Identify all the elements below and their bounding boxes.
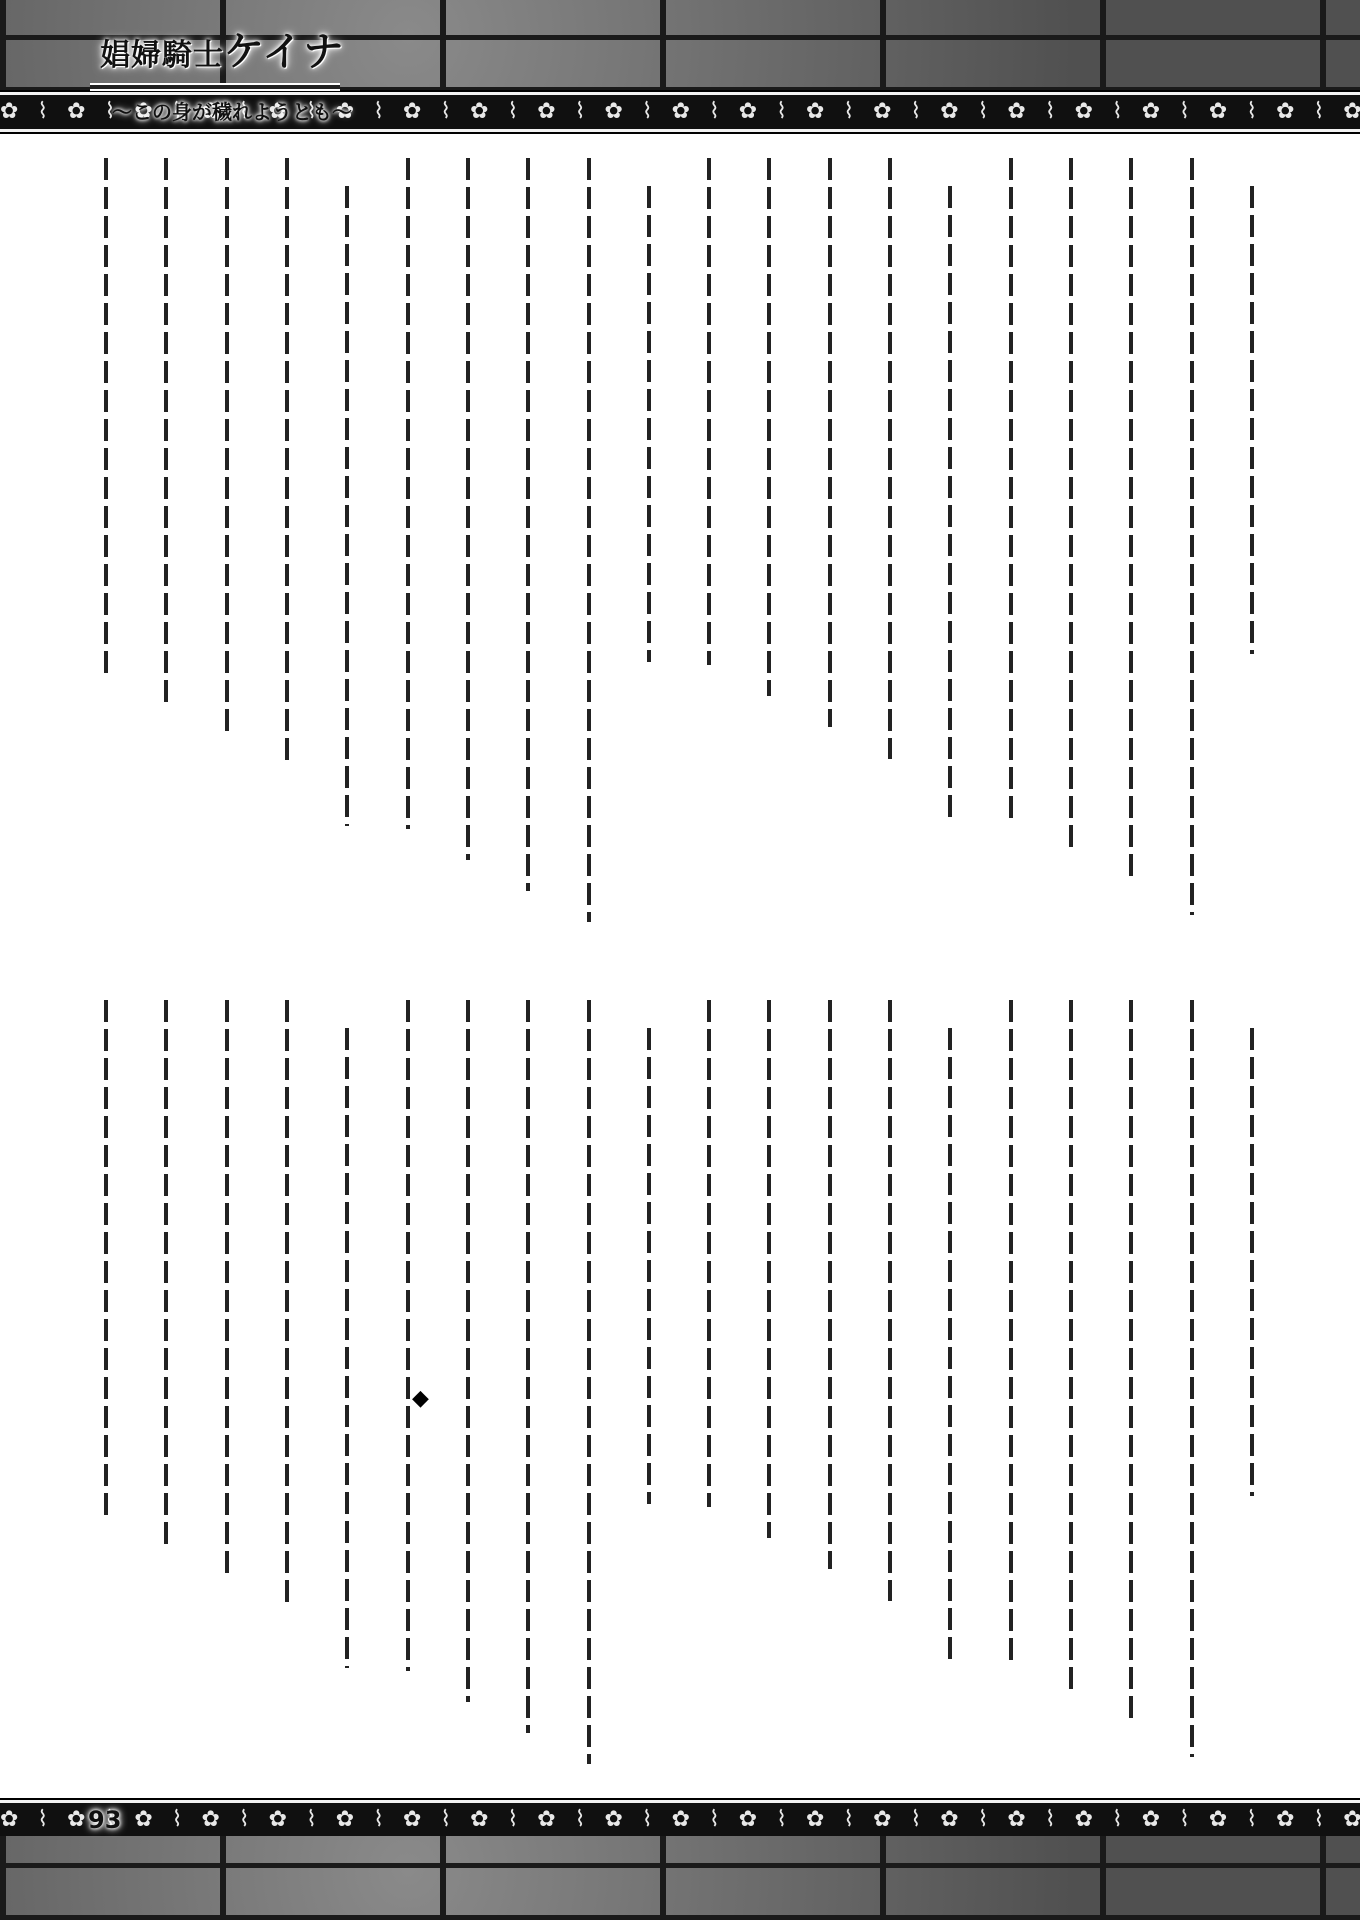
text-column: [888, 1000, 892, 1601]
text-column: [707, 158, 711, 665]
title-divider: [90, 83, 340, 91]
text-column: [164, 158, 168, 704]
body-text-lower-tier: [88, 1000, 1270, 1780]
text-column: [225, 158, 229, 735]
text-column: [1250, 186, 1254, 654]
text-column: [1009, 1000, 1013, 1663]
text-column: [948, 186, 952, 818]
text-column: [526, 158, 530, 891]
text-column: [767, 1000, 771, 1538]
text-column: [406, 158, 410, 829]
body-text-upper-tier: [88, 158, 1270, 938]
text-column: [345, 1028, 349, 1668]
text-column: [948, 1028, 952, 1660]
text-column: [1190, 158, 1194, 915]
section-break-marker: ◆: [412, 1386, 429, 1411]
text-column: [1009, 158, 1013, 821]
text-column: [587, 1000, 591, 1764]
footer-ornament-border: ✿ ⌇ ✿ ⌇ ✿ ⌇ ✿ ⌇ ✿ ⌇ ✿ ⌇ ✿ ⌇ ✿ ⌇ ✿ ⌇ ✿ ⌇ …: [0, 1800, 1360, 1840]
series-title-block: 娼婦騎士ケイナ: [100, 20, 344, 91]
text-column: [285, 1000, 289, 1608]
page-number: 93: [88, 1806, 121, 1834]
text-column: [1190, 1000, 1194, 1757]
text-column: [647, 186, 651, 662]
footer-brick-background: [0, 1836, 1360, 1920]
text-column: [1250, 1028, 1254, 1496]
text-column: [466, 158, 470, 860]
text-column: [104, 1000, 108, 1515]
series-title-kana: ケイナ: [224, 29, 344, 75]
series-title-kanji: 娼婦騎士: [100, 38, 224, 73]
text-column: [1069, 1000, 1073, 1694]
text-column: [888, 158, 892, 759]
text-column: [526, 1000, 530, 1733]
text-column: [104, 158, 108, 673]
text-column: [164, 1000, 168, 1546]
text-column: [1129, 1000, 1133, 1725]
series-title: 娼婦騎士ケイナ: [100, 20, 344, 77]
text-column: [828, 1000, 832, 1569]
text-column: [707, 1000, 711, 1507]
series-subtitle: ～この身が穢れようとも～: [112, 96, 352, 125]
text-column: [1069, 158, 1073, 852]
text-column: [466, 1000, 470, 1702]
text-column: [647, 1028, 651, 1504]
text-column: [767, 158, 771, 696]
text-column: [345, 186, 349, 826]
text-column: [828, 158, 832, 727]
text-column: [1129, 158, 1133, 883]
text-column: [406, 1000, 410, 1671]
text-column: [587, 158, 591, 922]
text-column: [225, 1000, 229, 1577]
text-column: [285, 158, 289, 766]
